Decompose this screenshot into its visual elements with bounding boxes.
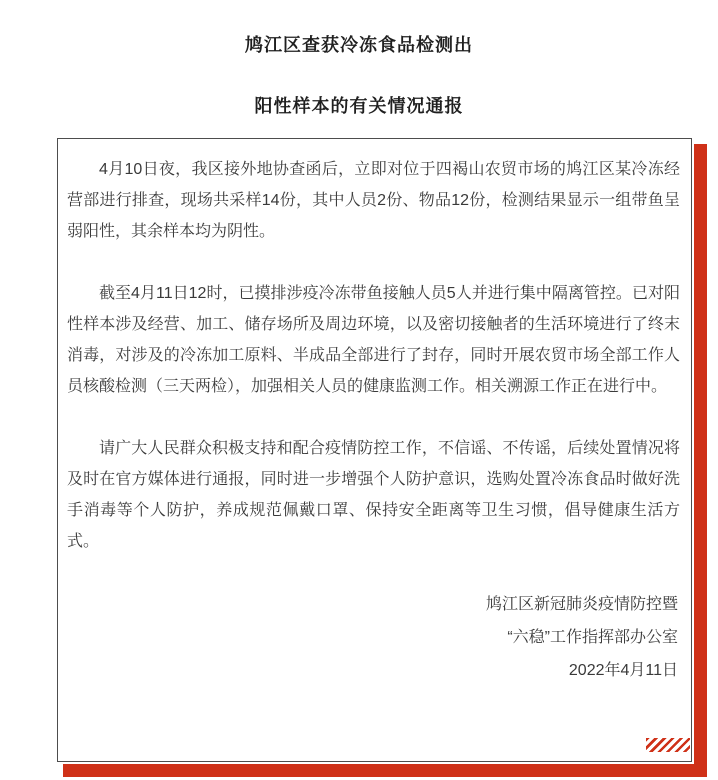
notice-box: 4月10日夜，我区接外地协查函后，立即对位于四褐山农贸市场的鸠江区某冷冻经营部进…: [57, 138, 692, 762]
red-accent-bar-right: [694, 144, 707, 777]
notice-paragraph-2: 截至4月11日12时，已摸排涉疫冷冻带鱼接触人员5人并进行集中隔离管控。已对阳性…: [67, 278, 680, 402]
hatch-stripe-decoration: [646, 738, 690, 752]
signature-block: 鸠江区新冠肺炎疫情防控暨 “六稳”工作指挥部办公室 2022年4月11日: [67, 588, 680, 687]
red-accent-bar-bottom: [63, 764, 707, 777]
signature-org-line2: “六稳”工作指挥部办公室: [67, 621, 678, 654]
signature-org-line1: 鸠江区新冠肺炎疫情防控暨: [67, 588, 678, 621]
page-title-line2: 阳性样本的有关情况通报: [0, 92, 718, 118]
notice-paragraph-1: 4月10日夜，我区接外地协查函后，立即对位于四褐山农贸市场的鸠江区某冷冻经营部进…: [67, 154, 680, 247]
notice-paragraph-3: 请广大人民群众积极支持和配合疫情防控工作，不信谣、不传谣，后续处置情况将及时在官…: [67, 433, 680, 557]
signature-date: 2022年4月11日: [67, 654, 678, 687]
page-title-line1: 鸠江区查获冷冻食品检测出: [0, 31, 718, 57]
